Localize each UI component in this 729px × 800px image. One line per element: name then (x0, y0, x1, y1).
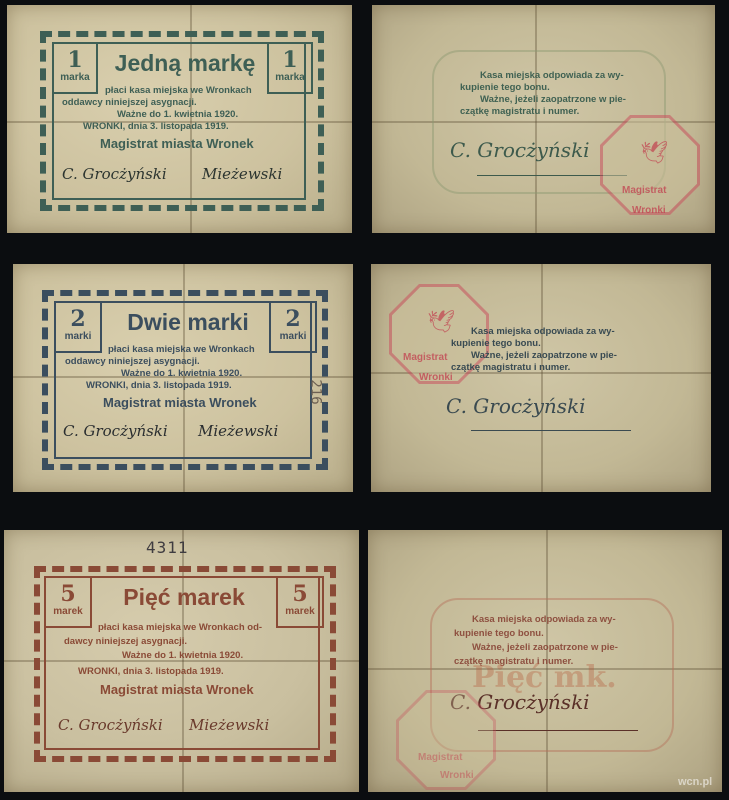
serial-number: 216 (308, 379, 324, 404)
stamp-text-bottom: Wronki (440, 770, 474, 781)
watermark: wcn.pl (678, 776, 712, 788)
stamp-text-top: Magistrat (622, 185, 666, 196)
text-line-1: płaci kasa miejska we Wronkach (105, 85, 252, 96)
text-line-2: oddawcy niniejszej asygnacji. (65, 356, 200, 367)
issuer-text: Magistrat miasta Wronek (103, 395, 257, 410)
signature-left: C. Grocżyński (62, 165, 167, 183)
back-line-3: Ważne, jeżeli zaopatrzone w pie- (471, 350, 617, 361)
note-1-front: 1 marka 1 marka Jedną markę płaci kasa m… (7, 5, 352, 233)
value-number: 5 (46, 582, 90, 606)
value-number: 1 (269, 48, 311, 72)
signature-left: C. Grocżyński (63, 422, 168, 440)
back-signature: C. Grocżyński (446, 394, 586, 418)
fold-line (541, 264, 543, 492)
value-box-right: 2 marki (269, 301, 317, 353)
note-title: Dwie marki (108, 309, 268, 336)
value-unit: marek (278, 606, 322, 617)
date-text: WRONKI, dnia 3. listopada 1919. (83, 121, 229, 132)
back-line-2: kupienie tego bonu. (454, 628, 544, 639)
note-2-back: 🕊 Magistrat Wronki Kasa miejska odpowiad… (371, 264, 711, 492)
signature-underline (471, 430, 631, 431)
date-text: WRONKI, dnia 3. listopada 1919. (86, 380, 232, 391)
back-line-4: czątkę magistratu i numer. (451, 362, 570, 373)
validity-text: Ważne do 1. kwietnia 1920. (121, 368, 242, 379)
stamp-text-bottom: Wronki (419, 372, 453, 383)
back-signature: C. Grocżyński (450, 138, 590, 162)
value-number: 2 (56, 307, 100, 331)
back-line-3: Ważne, jeżeli zaopatrzone w pie- (472, 642, 618, 653)
value-unit: marka (54, 72, 96, 83)
back-line-3: Ważne, jeżeli zaopatrzone w pie- (480, 94, 626, 105)
value-unit: marka (269, 72, 311, 83)
bird-emblem-icon: 🕊 (427, 309, 455, 335)
back-line-1: Kasa miejska odpowiada za wy- (471, 326, 615, 337)
stamp-text-top: Magistrat (403, 352, 447, 363)
signature-right: Mieżewski (198, 422, 278, 440)
note-title: Pięć marek (104, 584, 264, 611)
note-1-back: Kasa miejska odpowiada za wy- kupienie t… (372, 5, 715, 233)
signature-right: Mieżewski (189, 716, 269, 734)
note-3-front: 4311 5 marek 5 marek Pięć marek płaci ka… (4, 530, 359, 792)
issuer-text: Magistrat miasta Wronek (100, 136, 254, 151)
value-box-right: 1 marka (267, 42, 313, 94)
issuer-text: Magistrat miasta Wronek (100, 682, 254, 697)
signature-underline (478, 730, 638, 731)
back-line-2: kupienie tego bonu. (451, 338, 541, 349)
stamp-text-top: Magistrat (418, 752, 462, 763)
text-line-1: płaci kasa miejska we Wronkach od- (98, 622, 262, 633)
value-number: 2 (271, 307, 315, 331)
date-text: WRONKI, dnia 3. listopada 1919. (78, 666, 224, 677)
note-3-back: Kasa miejska odpowiada za wy- kupienie t… (368, 530, 722, 792)
note-title: Jedną markę (105, 50, 265, 77)
value-box-left: 5 marek (44, 576, 92, 628)
back-line-1: Kasa miejska odpowiada za wy- (472, 614, 616, 625)
value-box-right: 5 marek (276, 576, 324, 628)
text-line-1: płaci kasa miejska we Wronkach (108, 344, 255, 355)
text-line-2: oddawcy niniejszej asygnacji. (62, 97, 197, 108)
stamp-text-bottom: Wronki (632, 205, 666, 216)
value-unit: marek (46, 606, 90, 617)
signature-left: C. Grocżyński (58, 716, 163, 734)
value-number: 1 (54, 48, 96, 72)
back-line-1: Kasa miejska odpowiada za wy- (480, 70, 624, 81)
value-box-left: 1 marka (52, 42, 98, 94)
signature-right: Mieżewski (202, 165, 282, 183)
serial-number: 4311 (146, 538, 189, 557)
back-line-2: kupienie tego bonu. (460, 82, 550, 93)
back-line-4: czątkę magistratu i numer. (460, 106, 579, 117)
value-number: 5 (278, 582, 322, 606)
validity-text: Ważne do 1. kwietnia 1920. (122, 650, 243, 661)
value-unit: marki (271, 331, 315, 342)
value-box-left: 2 marki (54, 301, 102, 353)
note-2-front: 2 marki 2 marki Dwie marki płaci kasa mi… (13, 264, 353, 492)
value-unit: marki (56, 331, 100, 342)
bird-emblem-icon: 🕊 (640, 140, 668, 166)
text-line-2: dawcy niniejszej asygnacji. (64, 636, 187, 647)
validity-text: Ważne do 1. kwietnia 1920. (117, 109, 238, 120)
